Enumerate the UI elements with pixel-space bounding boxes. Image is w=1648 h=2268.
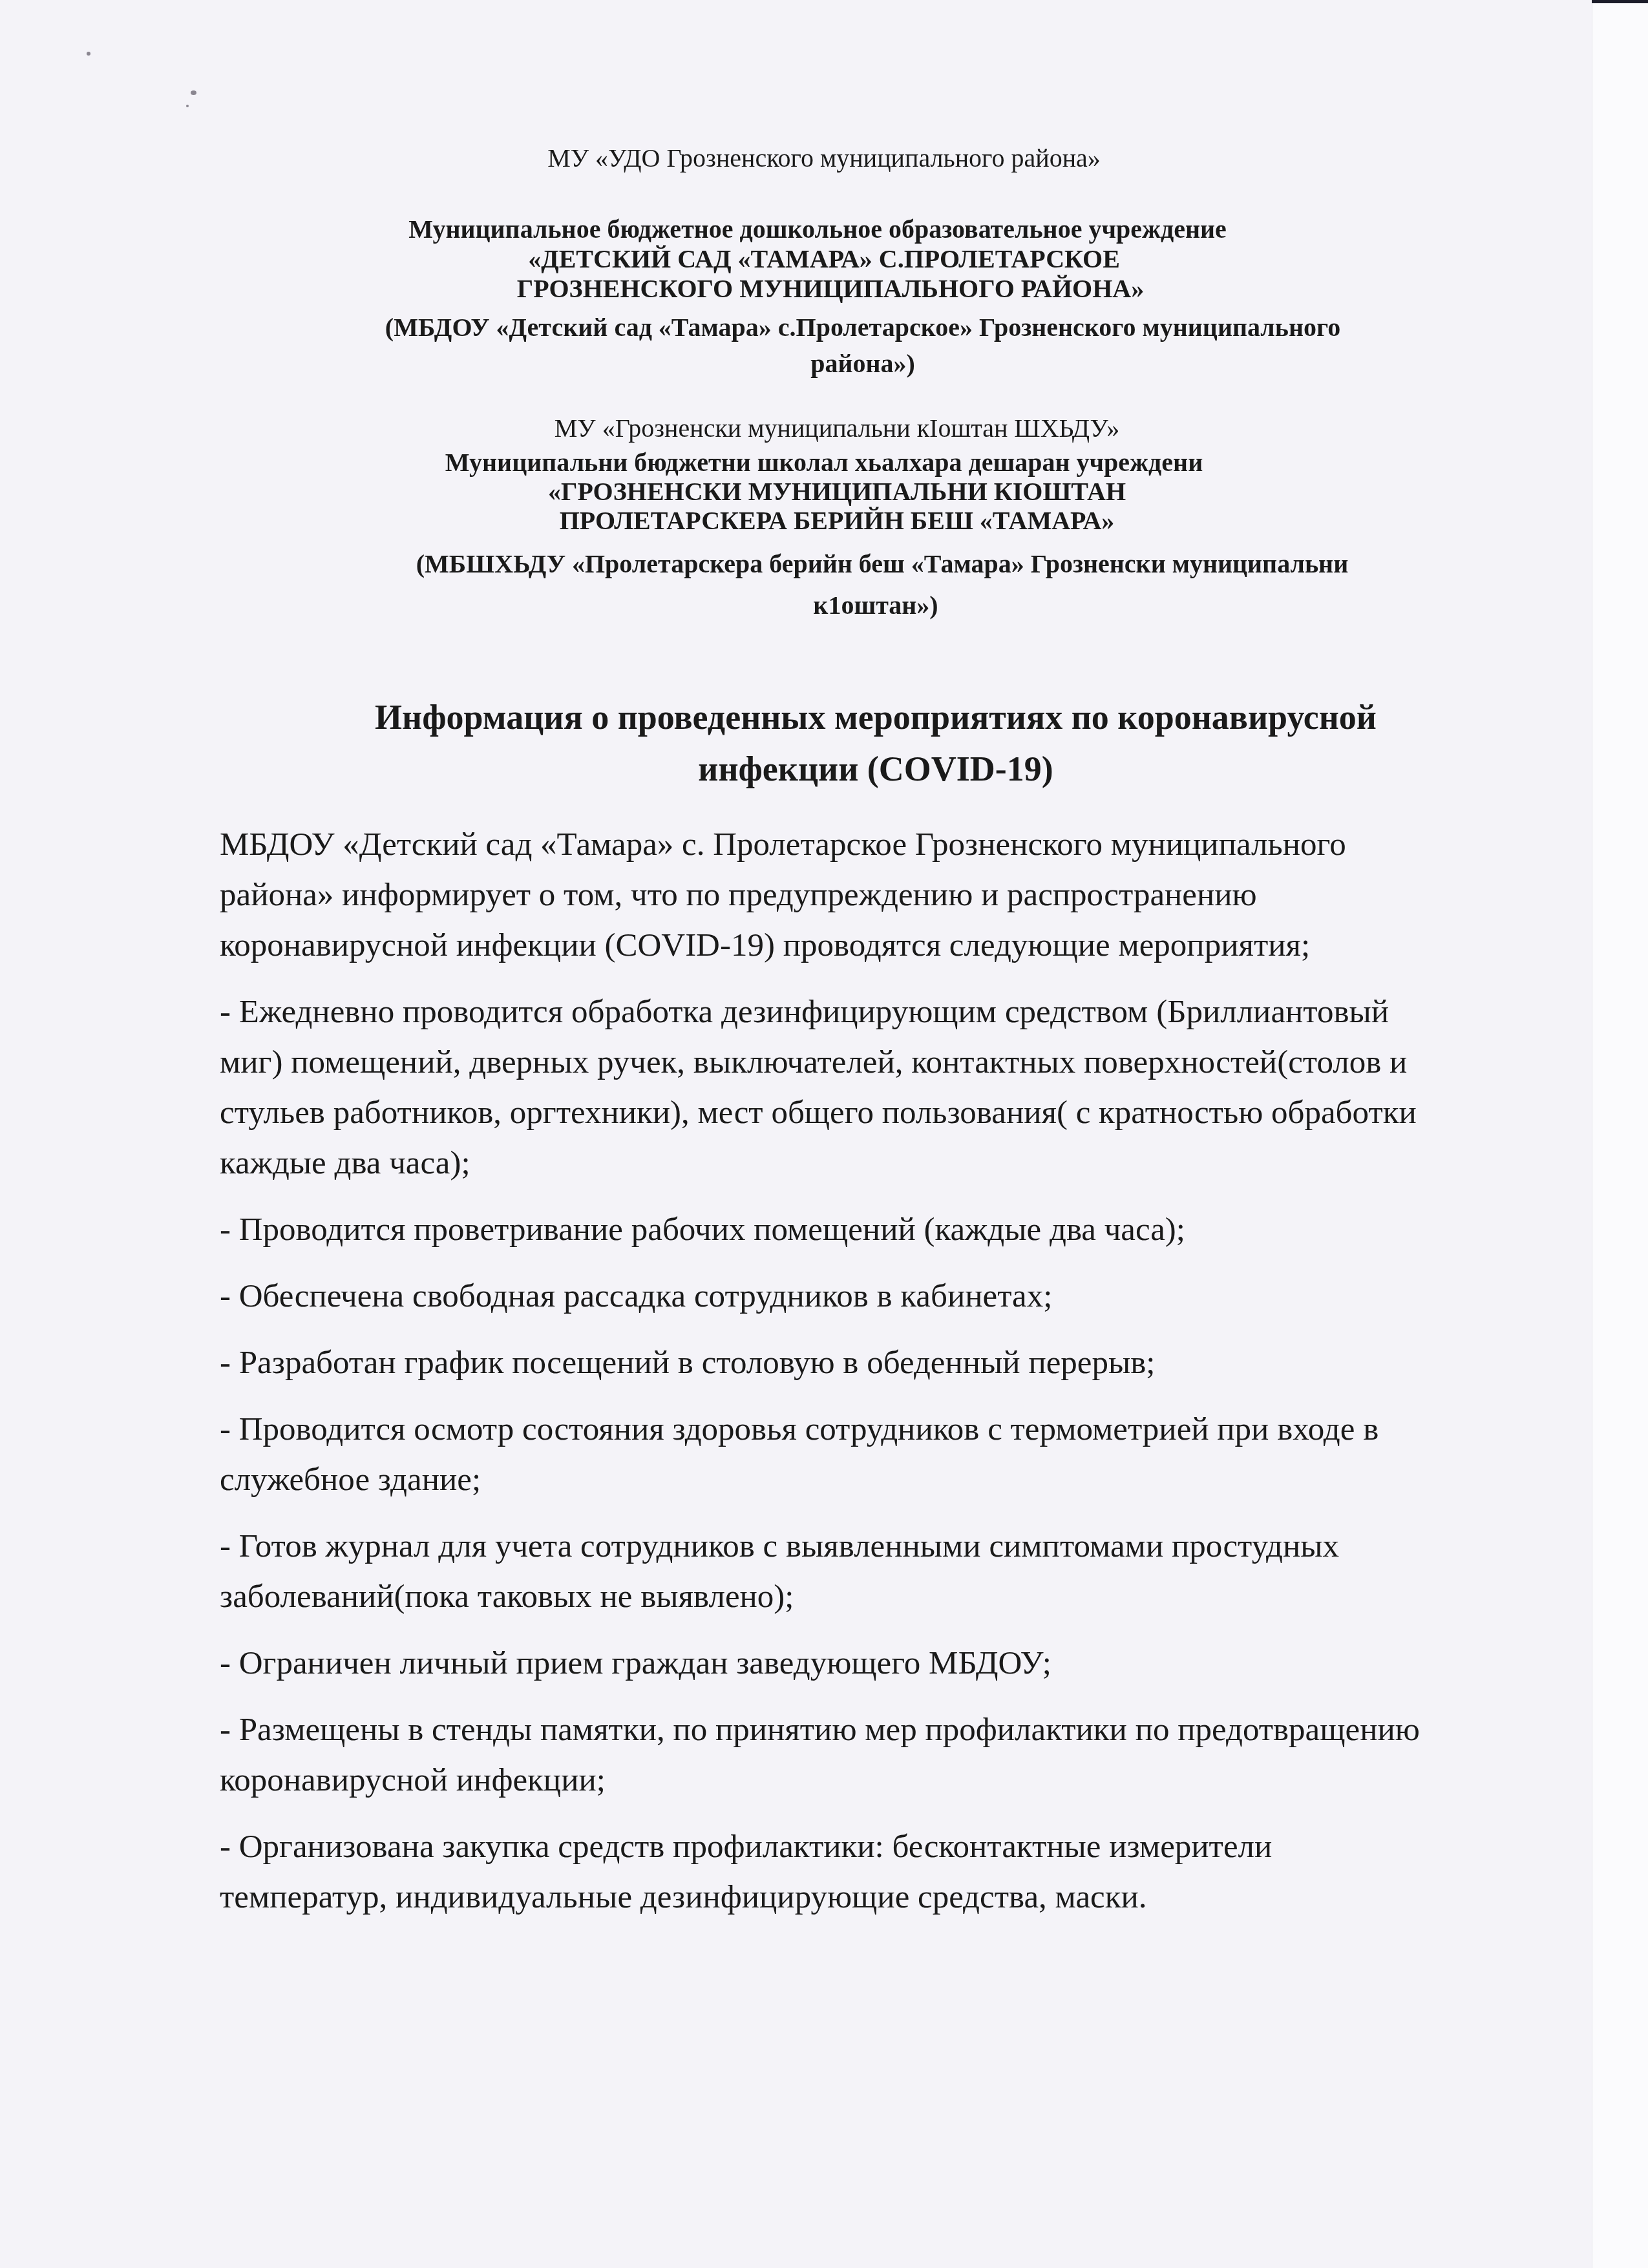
measure-item: - Проводится осмотр состояния здоровья с… — [220, 1404, 1448, 1505]
org-parent-ru: МУ «УДО Грозненского муниципального райо… — [0, 143, 1648, 173]
org-name-ce-line-1: Муниципальни бюджетни школал хьалхара де… — [0, 448, 1648, 478]
org-name-ru-line-4: (МБДОУ «Детский сад «Тамара» с.Пролетарс… — [39, 313, 1648, 342]
measure-item: - Ежедневно проводится обработка дезинфи… — [220, 987, 1448, 1188]
measure-item: - Обеспечена свободная рассадка сотрудни… — [220, 1271, 1448, 1321]
org-name-ce-line-2: «ГРОЗНЕНСКИ МУНИЦИПАЛЬНИ КIОШТАН — [13, 477, 1648, 507]
org-name-ru-line-2: «ДЕТСКИЙ САД «ТАМАРА» С.ПРОЛЕТАРСКОЕ — [0, 244, 1648, 274]
org-name-ru-line-5: района») — [39, 349, 1648, 379]
measure-item: - Организована закупка средств профилакт… — [220, 1822, 1448, 1922]
org-name-ce-line-3: ПРОЛЕТАРСКЕРА БЕРИЙН БЕШ «ТАМАРА» — [13, 506, 1648, 536]
measure-item: - Готов журнал для учета сотрудников с в… — [220, 1521, 1448, 1622]
measure-item: - Ограничен личный прием граждан заведую… — [220, 1638, 1448, 1688]
org-parent-ce: МУ «Грозненски муниципальни кIоштан ШХЬД… — [13, 414, 1648, 443]
scan-speck — [87, 52, 90, 56]
intro-paragraph: МБДОУ «Детский сад «Тамара» с. Пролетарс… — [220, 819, 1448, 971]
measure-item: - Размещены в стенды памятки, по приняти… — [220, 1705, 1448, 1805]
org-name-ce-line-4: (МБШХЬДУ «Пролетарскера берийн беш «Тама… — [58, 549, 1648, 579]
scan-speck — [191, 90, 196, 95]
org-name-ru-line-3: ГРОЗНЕНСКОГО МУНИЦИПАЛЬНОГО РАЙОНА» — [6, 274, 1648, 304]
document-title-line-1: Информация о проведенных мероприятиях по… — [52, 695, 1648, 740]
measure-item: - Проводится проветривание рабочих помещ… — [220, 1204, 1448, 1255]
measure-item: - Разработан график посещений в столовую… — [220, 1338, 1448, 1388]
org-name-ce-line-5: к1оштан») — [52, 591, 1648, 620]
scanner-bed-dark-bar — [1592, 0, 1648, 3]
document-body: МБДОУ «Детский сад «Тамара» с. Пролетарс… — [220, 819, 1448, 1938]
document-title-line-2: инфекции (COVID-19) — [52, 746, 1648, 792]
org-name-ru-line-1: Муниципальное бюджетное дошкольное образ… — [0, 215, 1642, 244]
scan-speck — [186, 105, 189, 107]
